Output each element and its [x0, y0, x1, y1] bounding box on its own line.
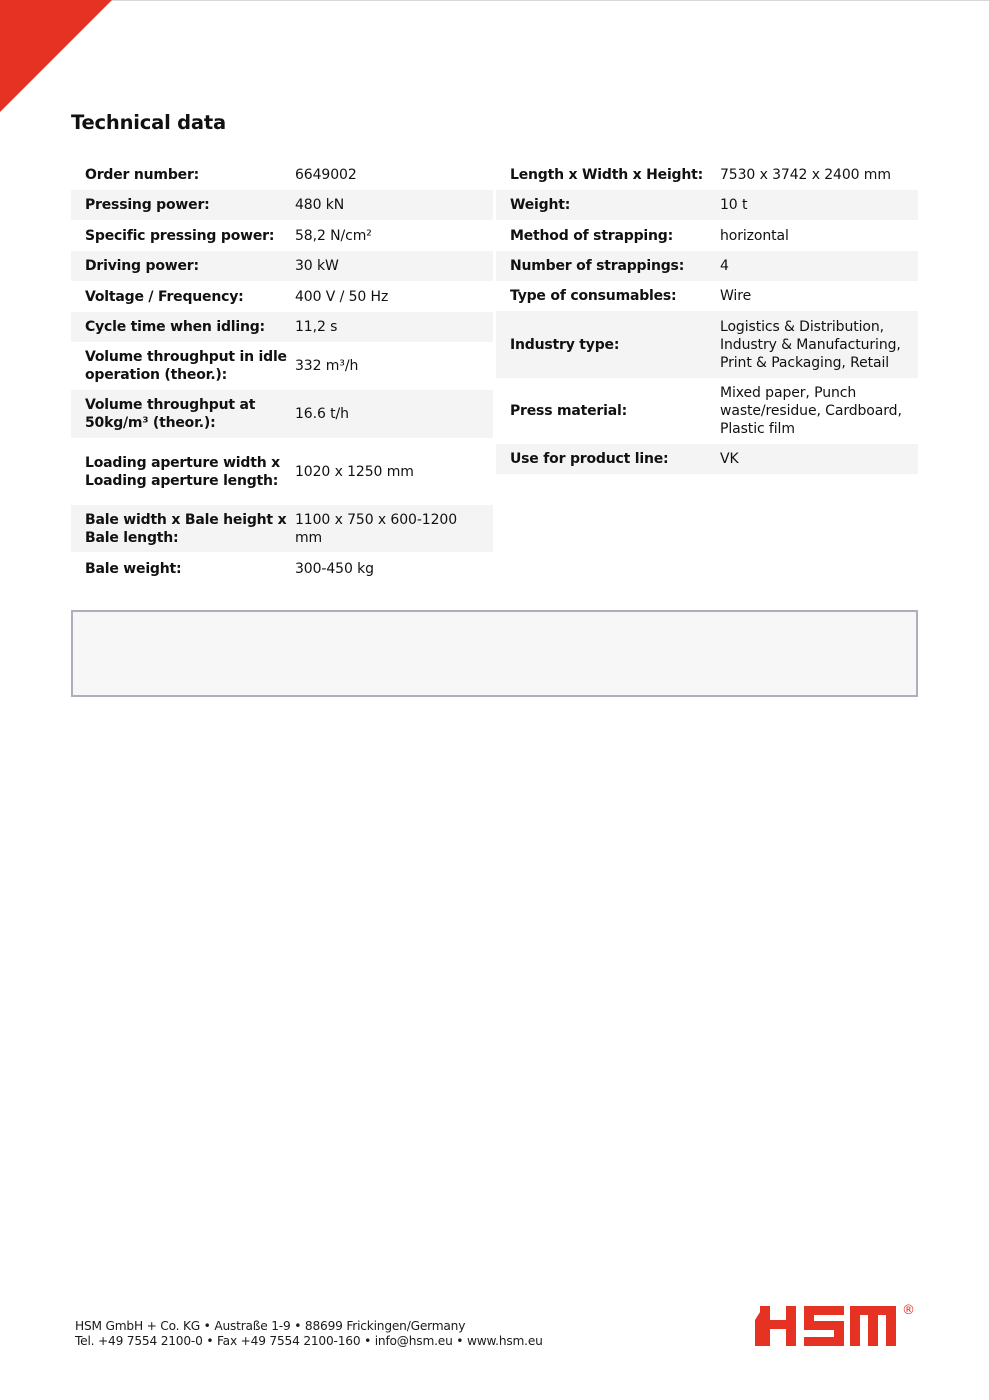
spec-value: 58,2 N/cm²: [295, 227, 493, 245]
spec-value: 1100 x 750 x 600-1200 mm: [295, 511, 493, 547]
notes-box: [71, 610, 918, 697]
spec-label: Press material:: [510, 402, 720, 420]
spec-value: 16.6 t/h: [295, 405, 493, 423]
spec-label: Weight:: [510, 196, 720, 214]
spec-value: 300-450 kg: [295, 560, 493, 578]
spec-label: Bale weight:: [85, 560, 295, 578]
spec-value: 1020 x 1250 mm: [295, 463, 493, 481]
spec-value: Logistics & Distribution, Industry & Man…: [720, 318, 918, 372]
spec-label: Length x Width x Height:: [510, 166, 720, 184]
spec-row: Loading aperture width x Loading apertur…: [71, 438, 493, 505]
spec-value: 11,2 s: [295, 318, 493, 336]
spec-value: 30 kW: [295, 257, 493, 275]
spec-value: 4: [720, 257, 918, 275]
spec-label: Driving power:: [85, 257, 295, 275]
spec-label: Use for product line:: [510, 450, 720, 468]
page-top-border: [0, 0, 989, 1]
spec-value: 400 V / 50 Hz: [295, 288, 493, 306]
registered-mark: ®: [902, 1303, 915, 1318]
spec-label: Volume throughput at 50kg/m³ (theor.):: [85, 396, 295, 432]
spec-row: Driving power: 30 kW: [71, 251, 493, 281]
brand-corner-triangle: [0, 0, 112, 112]
spec-row: Specific pressing power: 58,2 N/cm²: [71, 220, 493, 251]
spec-row: Bale weight: 300-450 kg: [71, 552, 493, 585]
spec-label: Industry type:: [510, 336, 720, 354]
footer-line-contact: Tel. +49 7554 2100-0 • Fax +49 7554 2100…: [75, 1334, 543, 1349]
spec-row: Method of strapping: horizontal: [496, 220, 918, 251]
spec-label: Type of consumables:: [510, 287, 720, 305]
spec-label: Number of strappings:: [510, 257, 720, 275]
spec-row: Type of consumables: Wire: [496, 281, 918, 311]
spec-row: Order number: 6649002: [71, 159, 493, 190]
spec-row: Volume throughput in idle operation (the…: [71, 342, 493, 390]
spec-value: 10 t: [720, 196, 918, 214]
spec-label: Method of strapping:: [510, 227, 720, 245]
spec-row: Number of strappings: 4: [496, 251, 918, 281]
specs-table-left: Order number: 6649002 Pressing power: 48…: [71, 159, 493, 585]
spec-row: Length x Width x Height: 7530 x 3742 x 2…: [496, 159, 918, 190]
specs-table-right: Length x Width x Height: 7530 x 3742 x 2…: [496, 159, 918, 474]
spec-row: Bale width x Bale height x Bale length: …: [71, 505, 493, 552]
spec-label: Loading aperture width x Loading apertur…: [85, 454, 295, 490]
spec-row: Use for product line: VK: [496, 444, 918, 474]
spec-row: Volume throughput at 50kg/m³ (theor.): 1…: [71, 390, 493, 438]
spec-row: Press material: Mixed paper, Punch waste…: [496, 378, 918, 444]
spec-value: 480 kN: [295, 196, 493, 214]
spec-value: Wire: [720, 287, 918, 305]
spec-row: Weight: 10 t: [496, 190, 918, 220]
page-title: Technical data: [71, 111, 226, 134]
spec-value: Mixed paper, Punch waste/residue, Cardbo…: [720, 384, 918, 438]
spec-row: Voltage / Frequency: 400 V / 50 Hz: [71, 281, 493, 312]
spec-label: Pressing power:: [85, 196, 295, 214]
spec-label: Voltage / Frequency:: [85, 288, 295, 306]
spec-value: 332 m³/h: [295, 357, 493, 375]
spec-label: Bale width x Bale height x Bale length:: [85, 511, 295, 547]
spec-value: 7530 x 3742 x 2400 mm: [720, 166, 918, 184]
spec-label: Specific pressing power:: [85, 227, 295, 245]
spec-label: Volume throughput in idle operation (the…: [85, 348, 295, 384]
footer-line-company: HSM GmbH + Co. KG • Austraße 1-9 • 88699…: [75, 1319, 543, 1334]
spec-row: Industry type: Logistics & Distribution,…: [496, 311, 918, 378]
spec-row: Pressing power: 480 kN: [71, 190, 493, 220]
spec-label: Order number:: [85, 166, 295, 184]
spec-value: VK: [720, 450, 918, 468]
spec-label: Cycle time when idling:: [85, 318, 295, 336]
spec-value: horizontal: [720, 227, 918, 245]
footer-address: HSM GmbH + Co. KG • Austraße 1-9 • 88699…: [75, 1319, 543, 1349]
spec-row: Cycle time when idling: 11,2 s: [71, 312, 493, 342]
spec-value: 6649002: [295, 166, 493, 184]
hsm-logo: ®: [752, 1300, 918, 1352]
